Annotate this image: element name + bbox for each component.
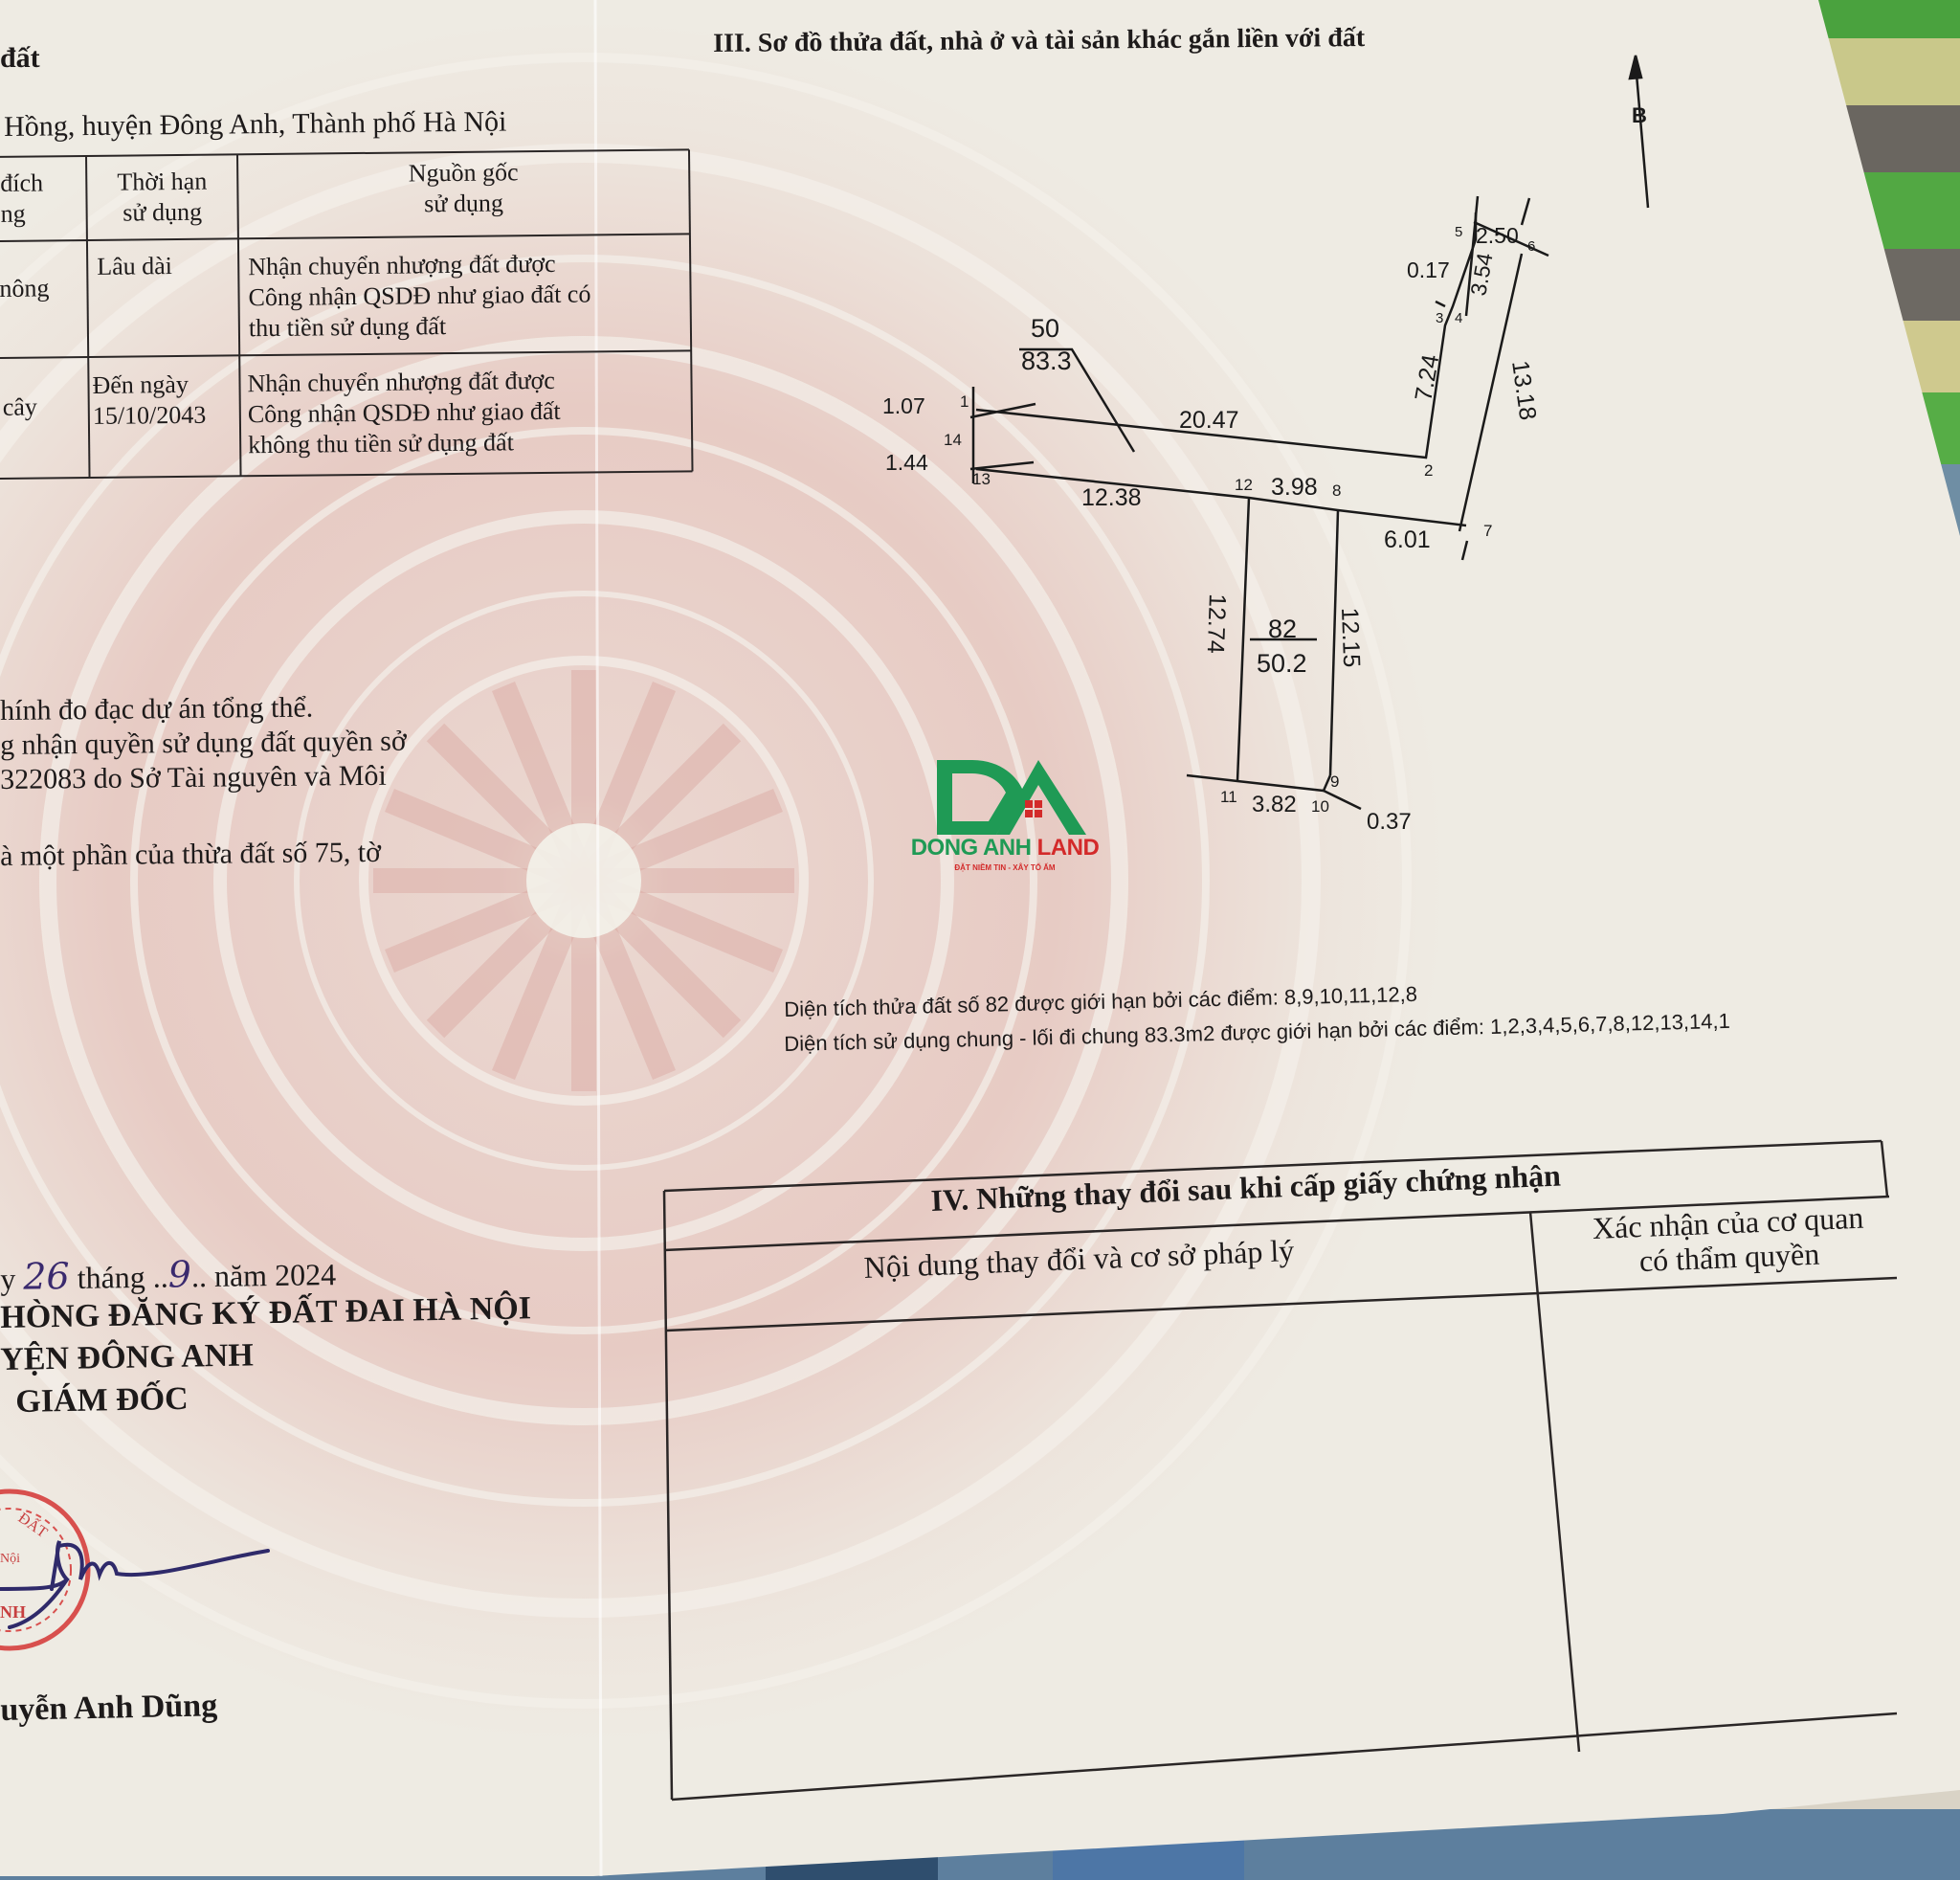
issuer-line-3: GIÁM ĐỐC: [15, 1381, 189, 1421]
issue-month: 9: [167, 1253, 191, 1295]
row2-origin: Nhận chuyển nhượng đất được Công nhận QS…: [247, 366, 561, 460]
note-line-2: g nhận quyền sử dụng đất quyền sở: [0, 726, 407, 762]
issue-date: y 26 tháng ..9.. năm 2024: [0, 1251, 336, 1298]
note-line-4: à một phần của thừa đất số 75, tờ: [0, 837, 381, 873]
row2-purpose: cây: [3, 392, 37, 423]
section-3-title: III. Sơ đồ thửa đất, nhà ở và tài sản kh…: [713, 23, 1365, 59]
row1-term: Lâu dài: [97, 251, 172, 282]
header-purpose: đích ng: [0, 168, 43, 229]
issue-day: 26: [23, 1255, 70, 1298]
row1-purpose: nông: [0, 273, 50, 304]
land-use-table: đích ng Thời hạn sử dụng Nguồn gốc sử dụ…: [0, 147, 697, 482]
row1-origin: Nhận chuyển nhượng đất được Công nhận QS…: [248, 248, 591, 344]
header-origin: Nguồn gốc sử dụng: [237, 155, 690, 221]
logo-mark-icon: [904, 756, 1105, 835]
dong-anh-land-logo: DONG ANH LAND ĐẶT NIỀM TIN - XÂY TỔ ẤM: [904, 756, 1105, 876]
changes-col-confirmation: Xác nhận của cơ quan có thẩm quyền: [1570, 1199, 1888, 1281]
note-line-1: hính đo đạc dự án tổng thể.: [0, 692, 313, 727]
note-line-3: 322083 do Sở Tài nguyên và Môi: [0, 760, 387, 796]
issue-year: 2024: [275, 1257, 336, 1292]
logo-brand: DONG ANH LAND: [904, 835, 1105, 862]
official-stamp-icon: ĐẤT Nội NH: [0, 1455, 287, 1694]
svg-text:Nội: Nội: [0, 1552, 20, 1566]
svg-text:ĐẤT: ĐẤT: [15, 1509, 52, 1542]
header-term: Thời hạn sử dụng: [86, 166, 238, 229]
row2-term: Đến ngày 15/10/2043: [92, 369, 206, 432]
signature-icon: [0, 1541, 268, 1627]
address-text: Hồng, huyện Đông Anh, Thành phố Hà Nội: [4, 105, 507, 143]
svg-text:NH: NH: [0, 1602, 26, 1622]
issuer-line-2: YỆN ĐÔNG ANH: [0, 1337, 254, 1378]
signer-name: uyễn Anh Dũng: [0, 1688, 218, 1729]
logo-tagline: ĐẶT NIỀM TIN - XÂY TỔ ẤM: [904, 863, 1105, 872]
changes-table: IV. Những thay đổi sau khi cấp giấy chứn…: [662, 1139, 1897, 1802]
section-title-fragment: đất: [0, 42, 40, 75]
